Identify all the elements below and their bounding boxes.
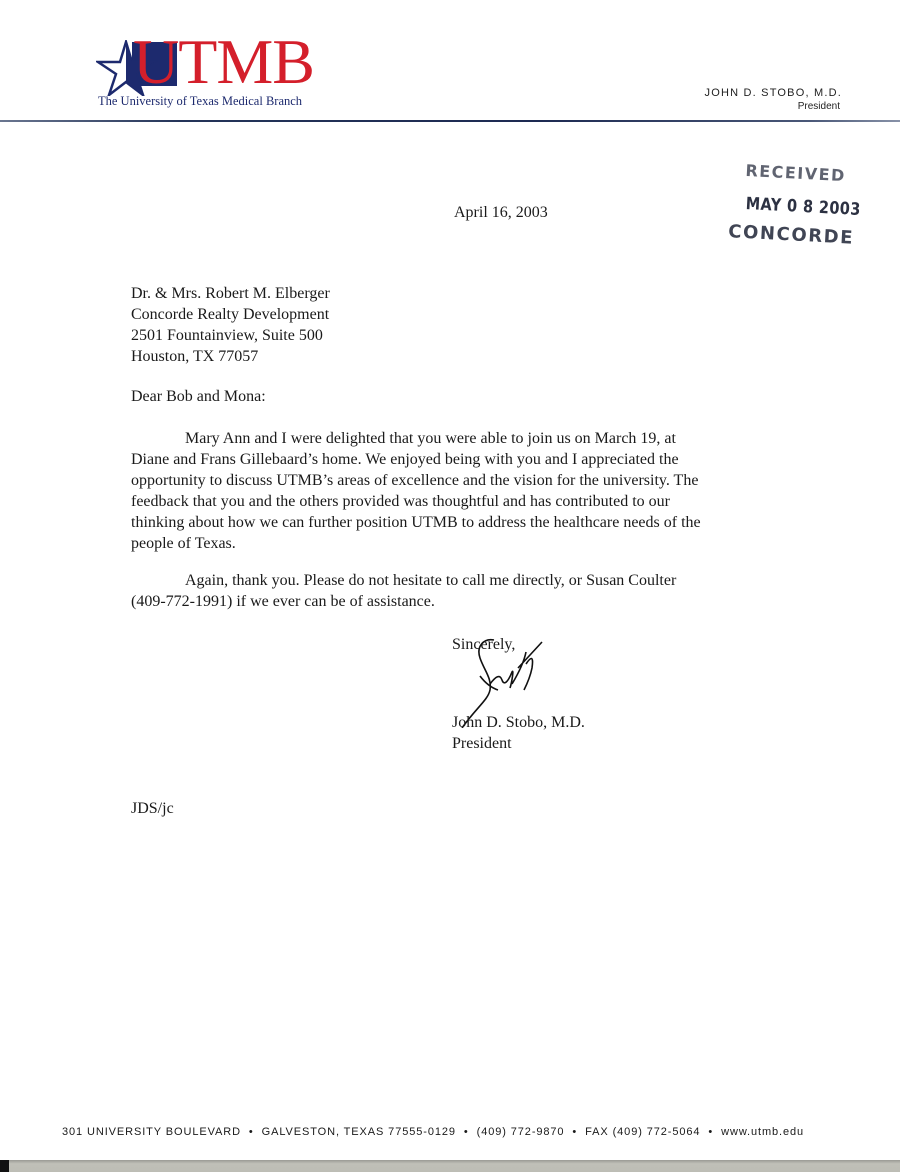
- paragraph-line: Mary Ann and I were delighted that you w…: [131, 428, 791, 449]
- footer-separator: •: [249, 1126, 254, 1138]
- footer-website: www.utmb.edu: [721, 1126, 804, 1138]
- logo-wordmark: UTMB: [133, 30, 314, 94]
- footer-separator: •: [572, 1126, 577, 1138]
- paragraph-line: feedback that you and the others provide…: [131, 491, 791, 512]
- recipient-address: Dr. & Mrs. Robert M. Elberger Concorde R…: [131, 283, 330, 367]
- scan-corner-shadow: [0, 1160, 9, 1172]
- paragraph-line: Diane and Frans Gillebaard’s home. We en…: [131, 449, 791, 470]
- sender-name: JOHN D. STOBO, M.D.: [705, 87, 843, 99]
- paragraph-line: thinking about how we can further positi…: [131, 512, 791, 533]
- stamp-organization: CONCORDE: [728, 221, 875, 250]
- recipient-street: 2501 Fountainview, Suite 500: [131, 325, 330, 346]
- letter-date: April 16, 2003: [454, 202, 548, 223]
- footer-city: GALVESTON, TEXAS 77555-0129: [262, 1126, 456, 1138]
- logo-subtitle: The University of Texas Medical Branch: [98, 94, 302, 109]
- paragraph-line: Again, thank you. Please do not hesitate…: [131, 570, 791, 591]
- signer-name: John D. Stobo, M.D.: [452, 712, 585, 733]
- paragraph-line: opportunity to discuss UTMB’s areas of e…: [131, 470, 791, 491]
- footer-fax: FAX (409) 772-5064: [585, 1126, 700, 1138]
- recipient-city: Houston, TX 77057: [131, 346, 330, 367]
- utmb-logo: UTMB The University of Texas Medical Bra…: [48, 38, 348, 113]
- recipient-name: Dr. & Mrs. Robert M. Elberger: [131, 283, 330, 304]
- footer-address: 301 UNIVERSITY BOULEVARD: [62, 1126, 241, 1138]
- footer-phone: (409) 772-9870: [477, 1126, 565, 1138]
- header-divider: [0, 120, 900, 122]
- received-stamp: RECEIVED MAY 0 8 2003 CONCORDE: [724, 160, 878, 250]
- paragraph-line: people of Texas.: [131, 533, 791, 554]
- stamp-date: MAY 0 8 2003: [745, 194, 856, 220]
- letterhead-footer: 301 UNIVERSITY BOULEVARD • GALVESTON, TE…: [62, 1126, 804, 1138]
- salutation: Dear Bob and Mona:: [131, 386, 266, 407]
- stamp-received: RECEIVED: [745, 161, 878, 187]
- signer-title: President: [452, 733, 512, 754]
- sender-title: President: [798, 101, 840, 112]
- body-paragraph-2: Again, thank you. Please do not hesitate…: [131, 570, 791, 612]
- paragraph-line: (409-772-1991) if we ever can be of assi…: [131, 591, 791, 612]
- footer-separator: •: [464, 1126, 469, 1138]
- scan-bottom-edge: [0, 1160, 900, 1172]
- typist-initials: JDS/jc: [131, 798, 174, 819]
- recipient-company: Concorde Realty Development: [131, 304, 330, 325]
- body-paragraph-1: Mary Ann and I were delighted that you w…: [131, 428, 791, 554]
- footer-separator: •: [708, 1126, 713, 1138]
